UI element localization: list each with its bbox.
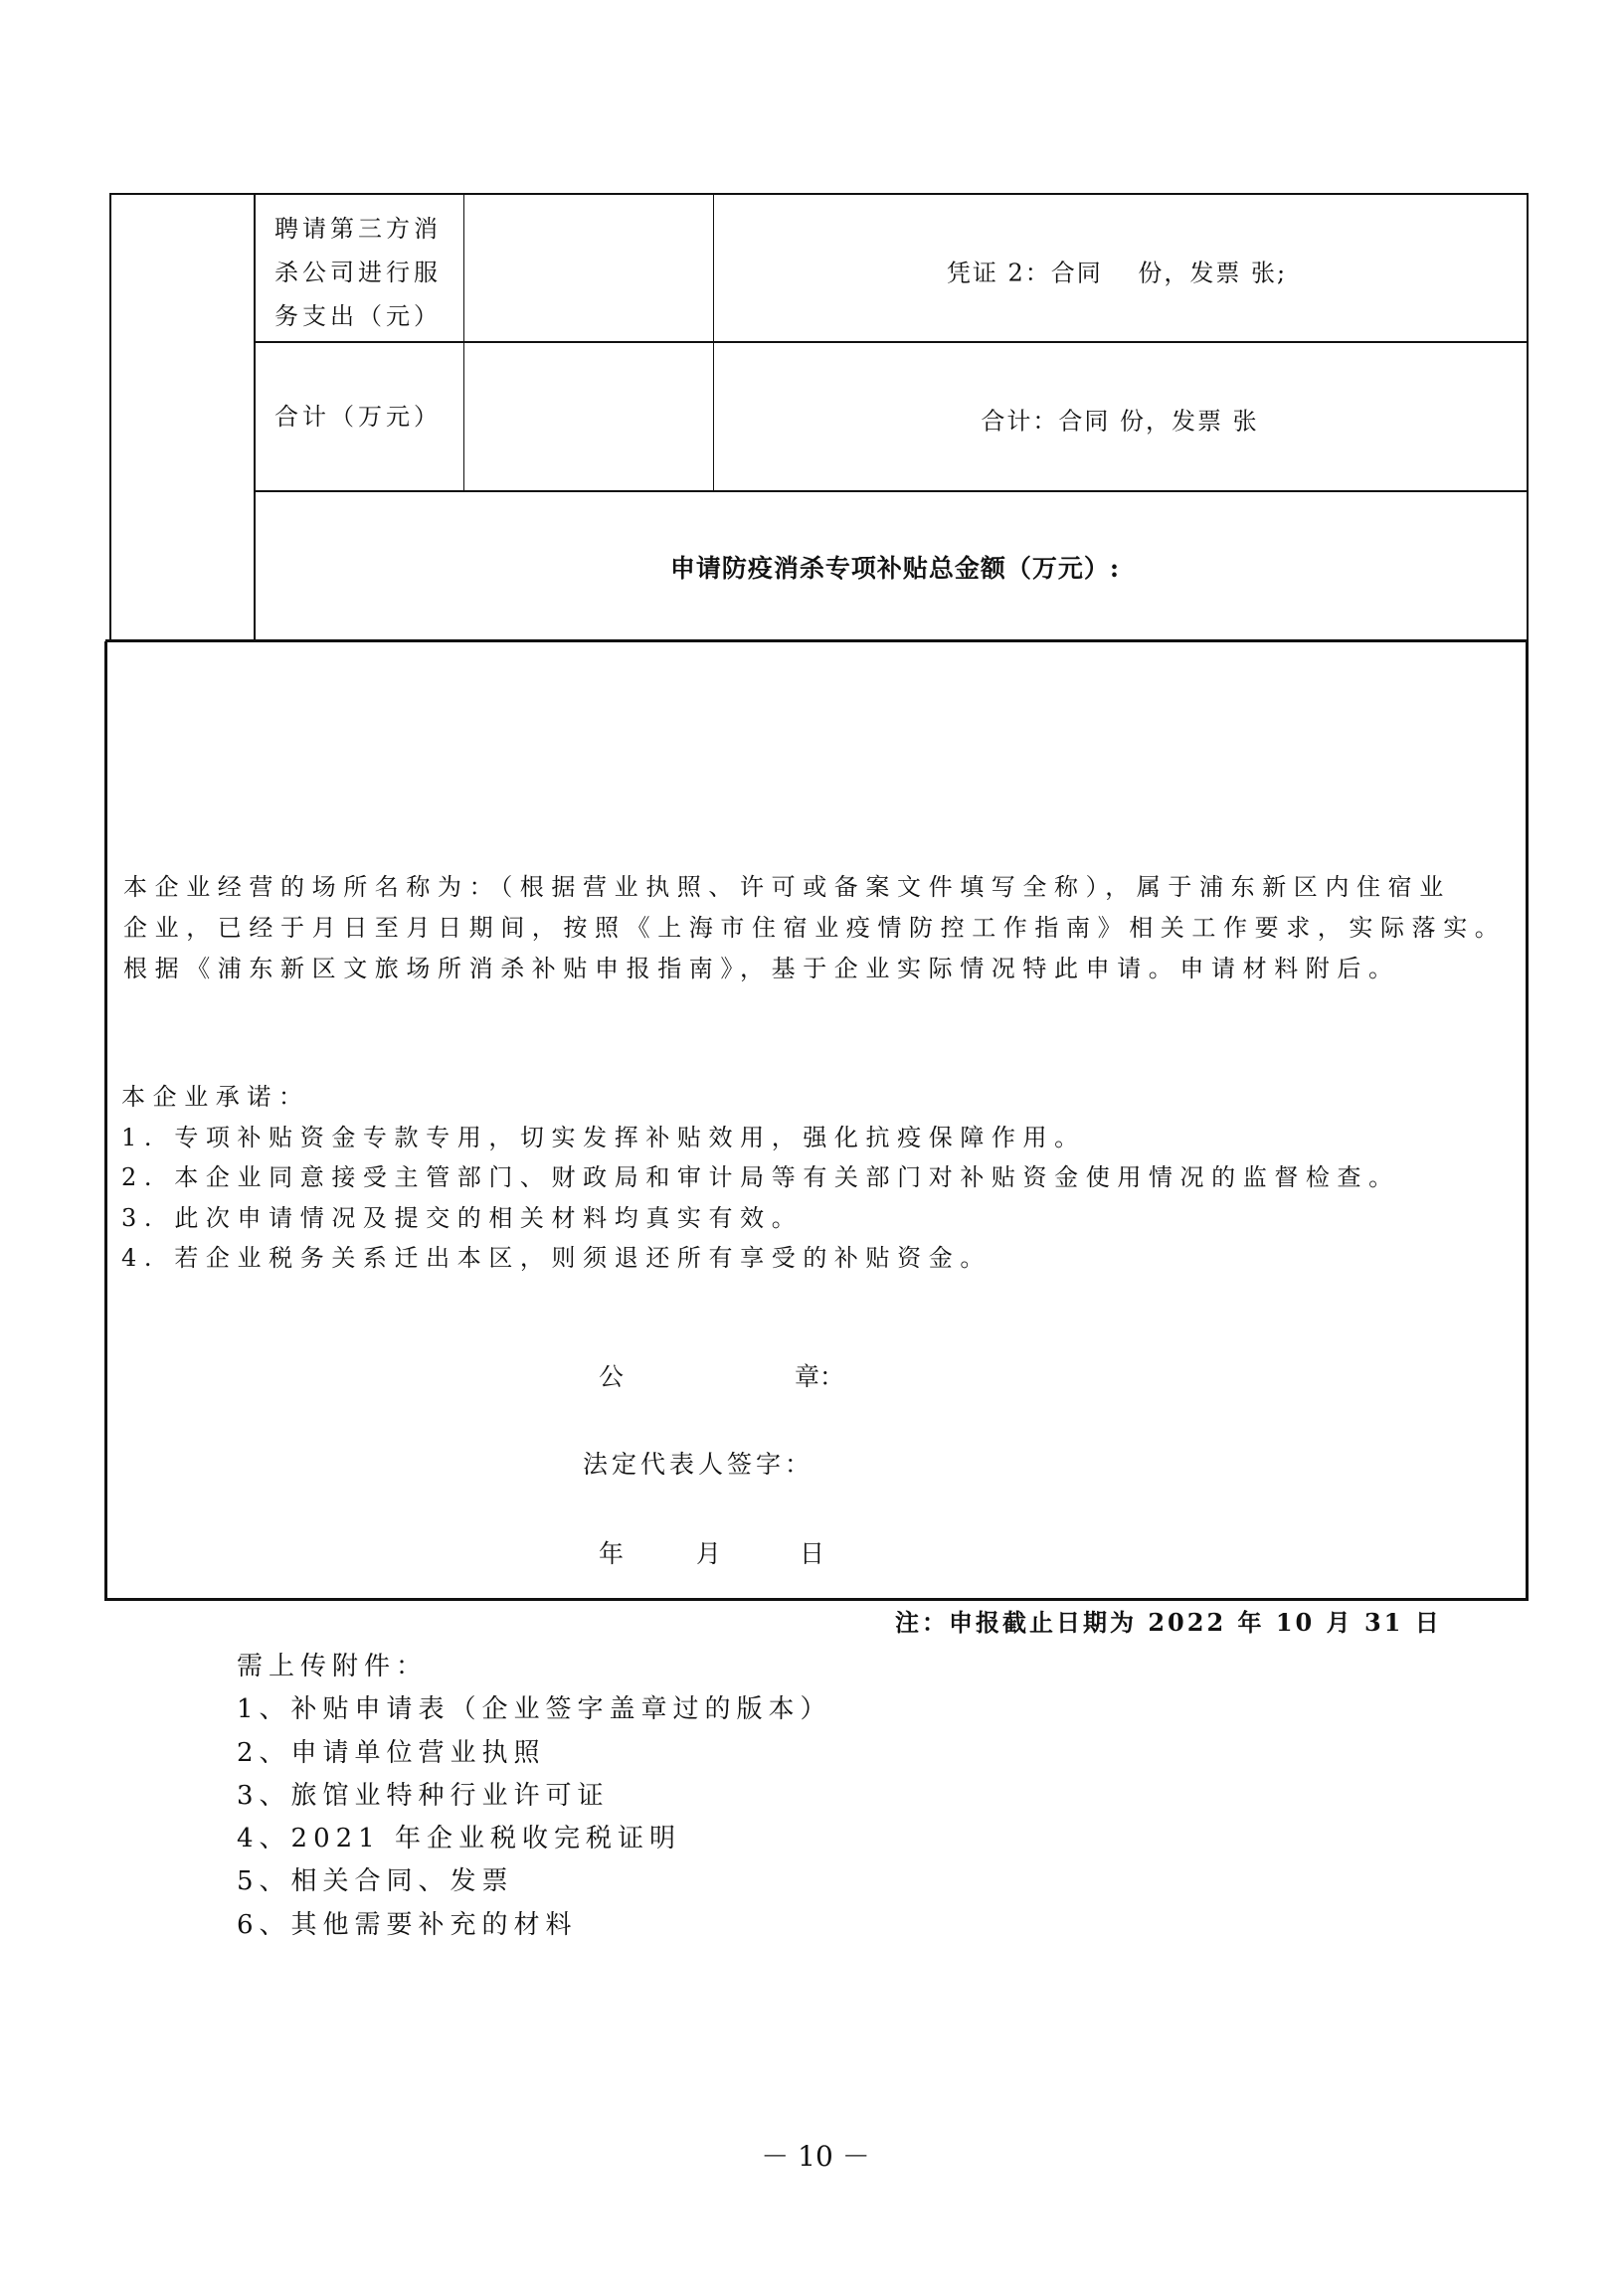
column-divider [713,193,714,491]
signature-field[interactable] [845,1445,1243,1485]
paragraph-line: 企业，已经于月日至月日期间，按照《上海市住宿业疫情防控工作指南》相关工作要求，实… [123,908,1506,949]
attachment-item: 1、补贴申请表（企业签字盖章过的版本） [237,1688,832,1731]
row-label-line: 聘请第三方消 [274,207,442,251]
table-right-border [1527,193,1529,641]
box-left-border [104,641,107,1601]
row-divider [255,341,1529,343]
paragraph-line: 根据《浦东新区文旅场所消杀补贴申报指南》，基于企业实际情况特此申请。申请材料附后… [123,949,1506,989]
attachments-list: 需上传附件： 1、补贴申请表（企业签字盖章过的版本） 2、申请单位营业执照 3、… [237,1646,832,1947]
seal-field[interactable] [845,1357,1243,1397]
attachment-item: 5、相关合同、发票 [237,1860,832,1903]
box-bottom-border [104,1598,1529,1601]
voucher-text-third-party-service: 凭证 2：合同 份，发票 张; [947,254,1287,288]
column-divider [254,193,256,641]
deadline-note: 注：申报截止日期为 2022 年 10 月 31 日 [895,1609,1442,1637]
table-top-border [110,193,1529,195]
row-label-total: 合计（万元） [274,395,442,439]
seal-label-right: 章： [795,1362,844,1392]
signature-label: 法定代表人签字： [583,1450,813,1480]
date-year-label: 年 [599,1539,624,1569]
row-divider [255,490,1529,492]
pledge-item: 2. 本企业同意接受主管部门、财政局和审计局等有关部门对补贴资金使用情况的监督检… [121,1157,1400,1198]
box-right-border [1526,641,1529,1601]
page-number: － 10 － [761,2135,869,2175]
voucher-text-total: 合计：合同 份，发票 张 [981,402,1258,437]
pledge-item: 1. 专项补贴资金专款专用，切实发挥补贴效用，强化抗疫保障作用。 [121,1118,1400,1158]
attachment-item: 2、申请单位营业执照 [237,1732,832,1775]
table-bottom-border [105,639,1529,642]
declaration-paragraph: 本企业经营的场所名称为：（根据营业执照、许可或备案文件填写全称），属于浦东新区内… [123,867,1506,989]
total-subsidy-label: 申请防疫消杀专项补贴总金额（万元）: [670,549,1120,585]
row-label-line: 杀公司进行服 [274,251,442,294]
pledge-section: 本企业承诺： 1. 专项补贴资金专款专用，切实发挥补贴效用，强化抗疫保障作用。 … [121,1077,1400,1279]
pledge-item: 3. 此次申请情况及提交的相关材料均真实有效。 [121,1198,1400,1239]
pledge-item: 4. 若企业税务关系迁出本区，则须退还所有享受的补贴资金。 [121,1238,1400,1279]
paragraph-line: 本企业经营的场所名称为：（根据营业执照、许可或备案文件填写全称），属于浦东新区内… [123,867,1506,908]
attachment-item: 6、其他需要补充的材料 [237,1904,832,1947]
date-day-label: 日 [800,1539,824,1569]
seal-label-left: 公 [599,1362,624,1392]
attachment-item: 3、旅馆业特种行业许可证 [237,1775,832,1818]
attachment-item: 4、2021 年企业税收完税证明 [237,1818,832,1860]
row-label-third-party-service: 聘请第三方消 杀公司进行服 务支出（元） [274,207,442,338]
pledge-title: 本企业承诺： [121,1077,1400,1118]
amount-cell-total[interactable] [464,343,713,490]
table-left-border [109,193,111,641]
row-label-line: 务支出（元） [274,294,442,338]
amount-cell-third-party-service[interactable] [464,195,713,341]
attachments-title: 需上传附件： [237,1646,832,1688]
date-month-label: 月 [696,1539,721,1569]
